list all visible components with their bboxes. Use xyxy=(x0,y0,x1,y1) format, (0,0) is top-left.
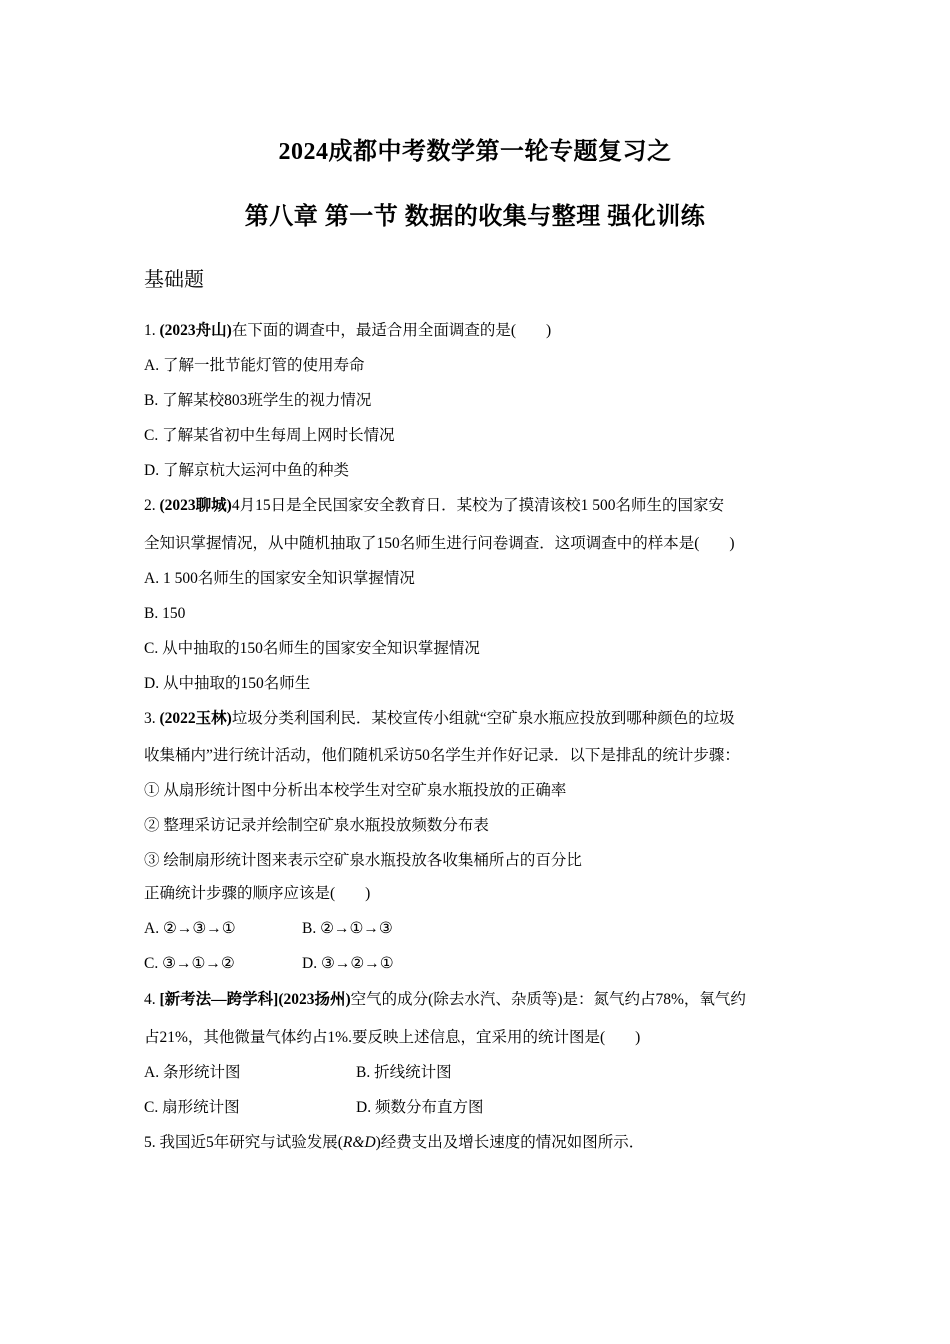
question-3-step-2: ② 整理采访记录并绘制空矿泉水瓶投放频数分布表 xyxy=(144,815,489,837)
option-text: 了解一批节能灯管的使用寿命 xyxy=(163,357,365,374)
question-number: 4. xyxy=(144,991,156,1008)
option-text: 了解某校803班学生的视力情况 xyxy=(162,392,371,409)
question-text: 占21%，其他微量气体约占1%.要反映上述信息，宜采用的统计图是( xyxy=(144,1029,605,1046)
question-number: 3. xyxy=(144,710,156,727)
step-text: ② 整理采访记录并绘制空矿泉水瓶投放频数分布表 xyxy=(144,817,489,834)
question-3-step-1: ① 从扇形统计图中分析出本校学生对空矿泉水瓶投放的正确率 xyxy=(144,780,566,802)
question-4-options-row-2: C. 扇形统计图 D. 频数分布直方图 xyxy=(144,1097,240,1119)
paren-close: ) xyxy=(635,1029,640,1046)
rd-abbreviation: R&D xyxy=(343,1134,376,1151)
question-text: )经费支出及增长速度的情况如图所示． xyxy=(376,1134,645,1151)
question-source: (2023聊城) xyxy=(160,497,232,514)
option-text: 了解某省初中生每周上网时长情况 xyxy=(162,427,395,444)
option-label: B. xyxy=(144,392,158,409)
option-text: 条形统计图 xyxy=(163,1064,241,1081)
step-text: ③ 绘制扇形统计图来表示空矿泉水瓶投放各收集桶所占的百分比 xyxy=(144,852,582,869)
question-4-stem-line-2: 占21%，其他微量气体约占1%.要反映上述信息，宜采用的统计图是() xyxy=(144,1027,640,1049)
question-source: (2023扬州) xyxy=(278,991,350,1008)
question-text: 4月15日是全民国家安全教育日．某校为了摸清该校1 500名师生的国家安 xyxy=(232,497,724,514)
option-label: A. xyxy=(144,1064,159,1081)
question-text: 在下面的调查中，最适合用全面调查的是( xyxy=(232,322,516,339)
option-text: 扇形统计图 xyxy=(162,1099,240,1116)
question-2-option-c: C. 从中抽取的150名师生的国家安全知识掌握情况 xyxy=(144,638,480,660)
question-3-options-row-1: A. ②→③→① B. ②→①→③ xyxy=(144,918,236,940)
option-label: D. xyxy=(356,1099,371,1116)
paren-close: ) xyxy=(546,322,551,339)
document-title: 2024成都中考数学第一轮专题复习之 xyxy=(0,137,950,167)
paren-close: ) xyxy=(729,535,734,552)
question-3-stem-line-2: 收集桶内”进行统计活动，他们随机采访50名学生并作好记录．以下是排乱的统计步骤： xyxy=(144,745,740,767)
chapter-title: 第八章 第一节 数据的收集与整理 强化训练 xyxy=(0,202,950,232)
question-2-stem-line-1: 2. (2023聊城)4月15日是全民国家安全教育日．某校为了摸清该校1 500… xyxy=(144,495,724,517)
option-text: 从中抽取的150名师生的国家安全知识掌握情况 xyxy=(162,640,480,657)
option-text: ③→①→② xyxy=(162,955,235,972)
question-3-options-row-2: C. ③→①→② D. ③→②→① xyxy=(144,953,235,975)
question-number: 1. xyxy=(144,322,156,339)
option-label: A. xyxy=(144,920,159,937)
question-source: (2023舟山) xyxy=(160,322,232,339)
question-source: (2022玉林) xyxy=(160,710,232,727)
option-label: C. xyxy=(144,427,158,444)
option-label: D. xyxy=(144,462,159,479)
question-number: 5. xyxy=(144,1134,156,1151)
option-label: B. xyxy=(302,920,316,937)
option-text: 频数分布直方图 xyxy=(375,1099,484,1116)
option-label: A. xyxy=(144,570,159,587)
option-label: D. xyxy=(144,675,159,692)
question-3-step-3: ③ 绘制扇形统计图来表示空矿泉水瓶投放各收集桶所占的百分比 xyxy=(144,850,582,872)
question-text: 收集桶内”进行统计活动，他们随机采访50名学生并作好记录．以下是排乱的统计步骤： xyxy=(144,747,740,764)
question-1-option-b: B. 了解某校803班学生的视力情况 xyxy=(144,390,371,412)
option-text: 从中抽取的150名师生 xyxy=(163,675,310,692)
question-number: 2. xyxy=(144,497,156,514)
question-2-option-a: A. 1 500名师生的国家安全知识掌握情况 xyxy=(144,568,415,590)
option-label: A. xyxy=(144,357,159,374)
option-text: 折线统计图 xyxy=(374,1064,452,1081)
question-text: 全知识掌握情况，从中随机抽取了150名师生进行问卷调查．这项调查中的样本是( xyxy=(144,535,699,552)
question-1-option-a: A. 了解一批节能灯管的使用寿命 xyxy=(144,355,364,377)
question-3-stem-line-1: 3. (2022玉林)垃圾分类利国利民．某校宣传小组就“空矿泉水瓶应投放到哪种颜… xyxy=(144,708,735,730)
question-3-prompt: 正确统计步骤的顺序应该是() xyxy=(144,883,370,905)
paren-close: ) xyxy=(365,885,370,902)
question-text: 正确统计步骤的顺序应该是( xyxy=(144,885,335,902)
question-2-option-d: D. 从中抽取的150名师生 xyxy=(144,673,310,695)
question-2-option-b: B. 150 xyxy=(144,603,185,625)
section-heading: 基础题 xyxy=(144,266,204,294)
question-4-option-b: B. 折线统计图 xyxy=(356,1062,452,1084)
option-label: B. xyxy=(356,1064,370,1081)
option-label: C. xyxy=(144,955,158,972)
question-5-stem: 5. 我国近5年研究与试验发展(R&D)经费支出及增长速度的情况如图所示． xyxy=(144,1132,644,1154)
option-label: D. xyxy=(302,955,317,972)
question-4-option-d: D. 频数分布直方图 xyxy=(356,1097,483,1119)
option-text: 150 xyxy=(162,605,185,622)
option-label: C. xyxy=(144,640,158,657)
question-text: 垃圾分类利国利民．某校宣传小组就“空矿泉水瓶应投放到哪种颜色的垃圾 xyxy=(232,710,735,727)
question-3-option-d: D. ③→②→① xyxy=(302,953,394,975)
option-label: C. xyxy=(144,1099,158,1116)
document-page: 2024成都中考数学第一轮专题复习之 第八章 第一节 数据的收集与整理 强化训练… xyxy=(0,0,950,1344)
question-2-stem-line-2: 全知识掌握情况，从中随机抽取了150名师生进行问卷调查．这项调查中的样本是() xyxy=(144,533,735,555)
option-text: ③→②→① xyxy=(321,955,394,972)
question-1-stem: 1. (2023舟山)在下面的调查中，最适合用全面调查的是() xyxy=(144,320,551,342)
option-label: B. xyxy=(144,605,158,622)
step-text: ① 从扇形统计图中分析出本校学生对空矿泉水瓶投放的正确率 xyxy=(144,782,566,799)
question-4-stem-line-1: 4. [新考法—跨学科](2023扬州)空气的成分(除去水汽、杂质等)是：氮气约… xyxy=(144,989,746,1011)
question-text: 空气的成分(除去水汽、杂质等)是：氮气约占78%，氧气约 xyxy=(351,991,746,1008)
option-text: 了解京杭大运河中鱼的种类 xyxy=(163,462,349,479)
question-tag: [新考法—跨学科] xyxy=(160,991,279,1008)
option-text: ②→③→① xyxy=(163,920,236,937)
option-text: ②→①→③ xyxy=(320,920,393,937)
question-3-option-b: B. ②→①→③ xyxy=(302,918,393,940)
question-1-option-d: D. 了解京杭大运河中鱼的种类 xyxy=(144,460,349,482)
question-4-options-row-1: A. 条形统计图 B. 折线统计图 xyxy=(144,1062,240,1084)
question-1-option-c: C. 了解某省初中生每周上网时长情况 xyxy=(144,425,395,447)
option-text: 1 500名师生的国家安全知识掌握情况 xyxy=(163,570,415,587)
question-text: 我国近5年研究与试验发展( xyxy=(160,1134,343,1151)
